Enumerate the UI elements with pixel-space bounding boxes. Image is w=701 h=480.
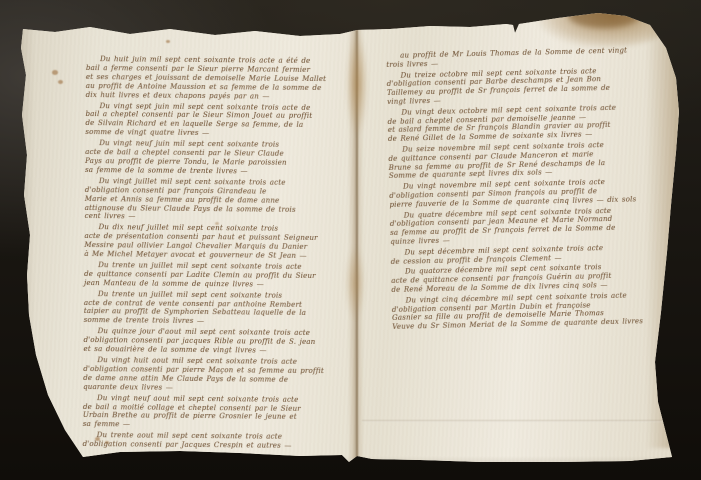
manuscript-scan: Du huit juin mil sept cent soixante troi… [0,0,701,480]
manuscript-paragraph: Du vingt cinq décembre mil sept cent soi… [392,288,691,332]
manuscript-paragraph: Du trente un juillet mil sept cent soixa… [84,259,348,290]
manuscript-paragraph: Du huit juin mil sept cent soixante troi… [86,55,350,102]
fox-spot [52,70,58,75]
manuscript-sheet: Du huit juin mil sept cent soixante troi… [0,0,701,480]
fox-spot [58,80,63,84]
horizontal-crease [362,420,666,422]
manuscript-paragraph: Du dix neuf juillet mil sept cent soixan… [84,221,348,261]
left-page-text: Du huit juin mil sept cent soixante troi… [83,55,350,451]
manuscript-paragraph: Du vingt juillet mil sept cent soixante … [85,175,349,224]
right-page-text: au proffit de Mr Louis Thomas de la Somm… [386,45,690,332]
manuscript-paragraph: Du trente un juillet mil sept cent soixa… [84,288,348,328]
manuscript-paragraph: Du vingt neuf aout mil sept cent soixant… [83,392,347,432]
manuscript-paragraph: Du vingt huit aout mil sept cent soixant… [83,354,347,394]
manuscript-paragraph: Du quinze jour d'aout mil sept cent soix… [83,325,347,356]
manuscript-paragraph: Du vingt neuf juin mil sept cent soixant… [85,137,349,177]
manuscript-paragraph: Du vingt sept juin mil sept cent soixant… [85,100,349,140]
paper-stain [568,2,640,28]
manuscript-paragraph: Du trente aout mil sept cent soixante tr… [83,429,347,451]
fox-spot [166,40,170,43]
